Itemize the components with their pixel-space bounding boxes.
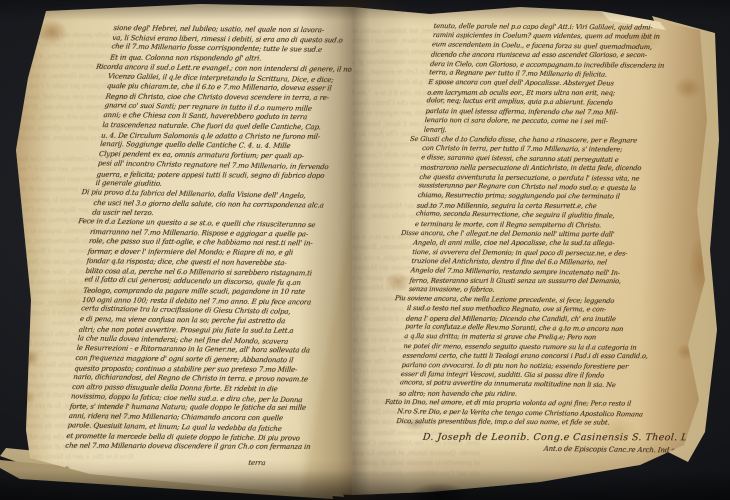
handwriting-line: ferno, Resteranno sicuri li Giusti senza… bbox=[409, 277, 662, 287]
handwriting-line: forte, s' intende l' humana Natura; qual… bbox=[69, 403, 304, 414]
left-page-text: sione degl' Hebrei, nel Iubileo; usatio,… bbox=[63, 24, 348, 469]
handwriting-line: lenarij. bbox=[423, 126, 676, 136]
handwriting-line: formar, e dover l' infermiere del Mondo;… bbox=[87, 248, 322, 259]
handwriting-line: terra bbox=[248, 459, 298, 470]
manuscript-photo: tenuto, delle parole nel p.o capo degl' … bbox=[0, 0, 730, 500]
handwriting-line: Ant.o de Episcopis Canc.re Arch. Ind.s bbox=[543, 444, 646, 455]
handwriting-line: dicendo che ancora riunisceva ad esso as… bbox=[430, 51, 683, 61]
handwriting-line: guerra, e felicita; potere appesi tutti … bbox=[96, 170, 331, 181]
handwriting-line: quesito proposto; continuo a stabilire p… bbox=[74, 364, 309, 375]
handwriting-line: Teologo, comprando da pagare mille scudi… bbox=[83, 287, 318, 298]
handwriting-line: Et in qua. Colonna non rispondendo gl' a… bbox=[109, 54, 344, 65]
handwriting-line: mostrarono nella persecuzione di Antichr… bbox=[420, 164, 673, 174]
handwriting-line: che nel 7.mo Millenario doveva discender… bbox=[65, 442, 300, 453]
showthrough-line: che nel 7.mo Millenario doveva discender… bbox=[352, 469, 480, 479]
handwriting-line: D. Joseph de Leonib. Cong.e Casinensis S… bbox=[422, 432, 647, 444]
handwriting-line: so altro; non havendo che piu ridire. bbox=[398, 389, 651, 399]
showthrough-line: et promette la mercede bella di quiete d… bbox=[352, 458, 480, 468]
handwriting-line: u. 4. De Circulum Salomonis q.le adatto … bbox=[100, 131, 335, 142]
handwriting-line: Angelo, di anni mille, cioe nel Apocalis… bbox=[413, 239, 666, 249]
handwriting-line: essendomi certo, che tutti li Teologi er… bbox=[402, 352, 655, 362]
right-page-text: tenuto, delle parole nel p.o capo degl' … bbox=[393, 22, 686, 455]
